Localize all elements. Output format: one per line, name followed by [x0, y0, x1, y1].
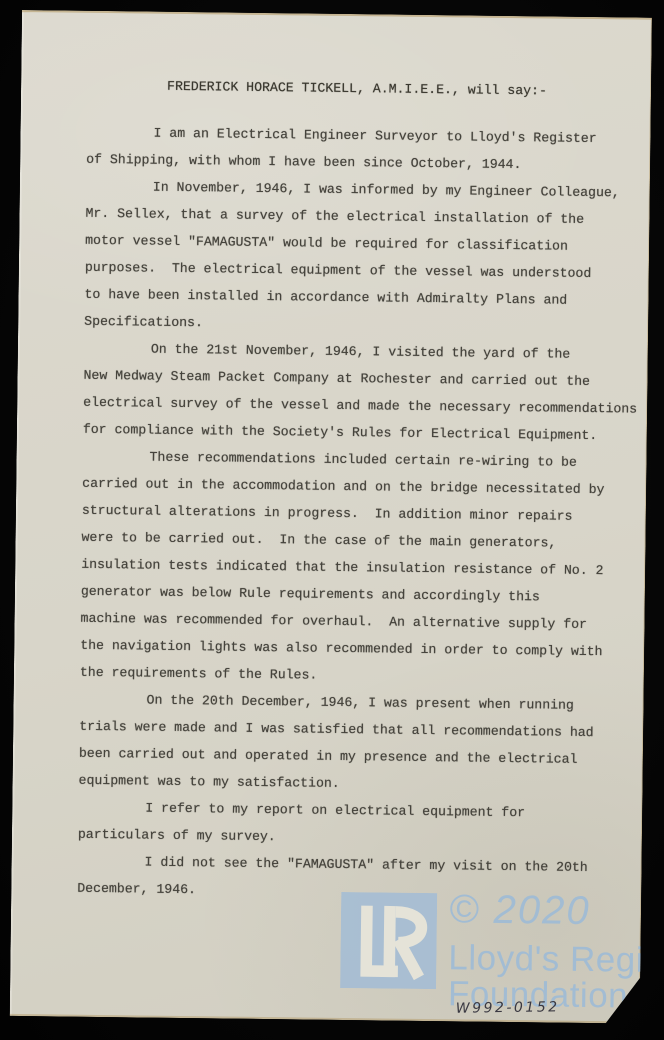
document-page: FREDERICK HORACE TICKELL, A.M.I.E.E., wi… [10, 10, 652, 1024]
document-heading: FREDERICK HORACE TICKELL, A.M.I.E.E., wi… [167, 73, 649, 106]
watermark-org-line1: Lloyd's Register [448, 940, 664, 979]
scan-background: FREDERICK HORACE TICKELL, A.M.I.E.E., wi… [0, 0, 664, 1040]
reference-number: W992-0152 [456, 999, 560, 1016]
document-paragraph: I refer to my report on electrical equip… [78, 794, 641, 855]
document-paragraph: In November, 1946, I was informed by my … [84, 173, 648, 342]
document-paragraph: These recommendations included certain r… [80, 443, 645, 693]
document-paragraph: I am an Electrical Engineer Surveyor to … [86, 119, 649, 180]
lloyds-register-logo-icon [340, 892, 437, 989]
document-body: FREDERICK HORACE TICKELL, A.M.I.E.E., wi… [77, 72, 649, 909]
document-paragraph: On the 21st November, 1946, I visited th… [83, 335, 646, 450]
watermark-copyright: © 2020 [449, 887, 591, 933]
document-paragraph: On the 20th December, 1946, I was presen… [78, 686, 641, 801]
